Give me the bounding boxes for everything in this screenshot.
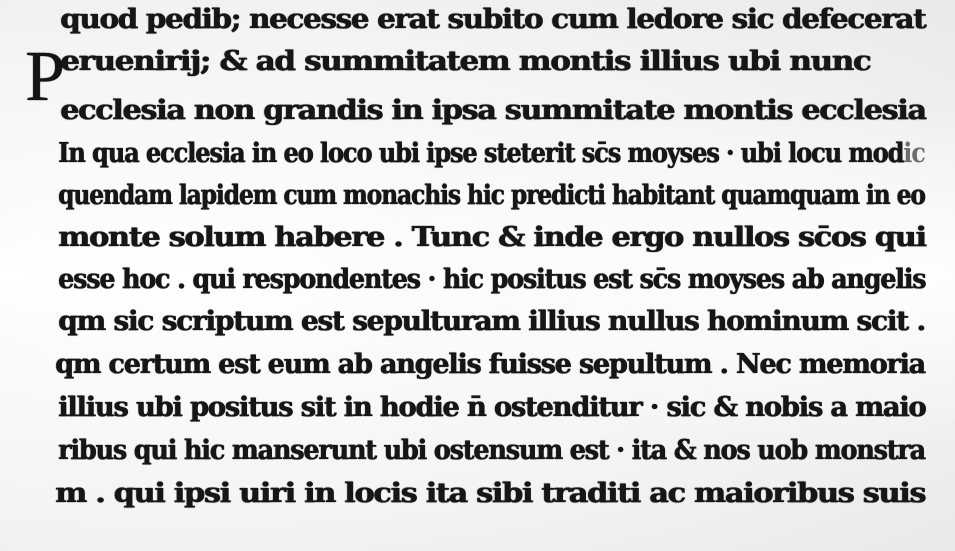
manuscript-line-8: qm sic scriptum est sepulturam illius nu… [58, 306, 925, 337]
manuscript-page: P quod pedib; necesse erat subito cum le… [0, 0, 955, 551]
line-4-text: In qua ecclesia in eo loco ubi ipse stet… [58, 138, 903, 169]
manuscript-line-7: esse hoc . qui respondentes · hic positu… [58, 264, 925, 295]
manuscript-line-10: illius ubi positus sit in hodie n̄ osten… [58, 392, 925, 423]
manuscript-line-6: monte solum habere . Tunc & inde ergo nu… [58, 222, 925, 253]
manuscript-line-2: eruenirij; & ad summitatem montis illius… [60, 46, 870, 77]
manuscript-line-5: quendam lapidem cum monachis hic predict… [58, 180, 925, 211]
manuscript-line-3: ecclesia non grandis in ipsa summitate m… [60, 95, 925, 126]
manuscript-line-11: ribus qui hic manserunt ubi ostensum est… [58, 435, 925, 466]
manuscript-line-9: qm certum est eum ab angelis fuisse sepu… [55, 349, 925, 380]
line-4-faded-tail: ic [903, 138, 925, 169]
manuscript-line-4: In qua ecclesia in eo loco ubi ipse stet… [58, 138, 925, 169]
manuscript-line-12: m . qui ipsi uiri in locis ita sibi trad… [55, 478, 925, 509]
manuscript-line-1: quod pedib; necesse erat subito cum ledo… [60, 4, 925, 35]
